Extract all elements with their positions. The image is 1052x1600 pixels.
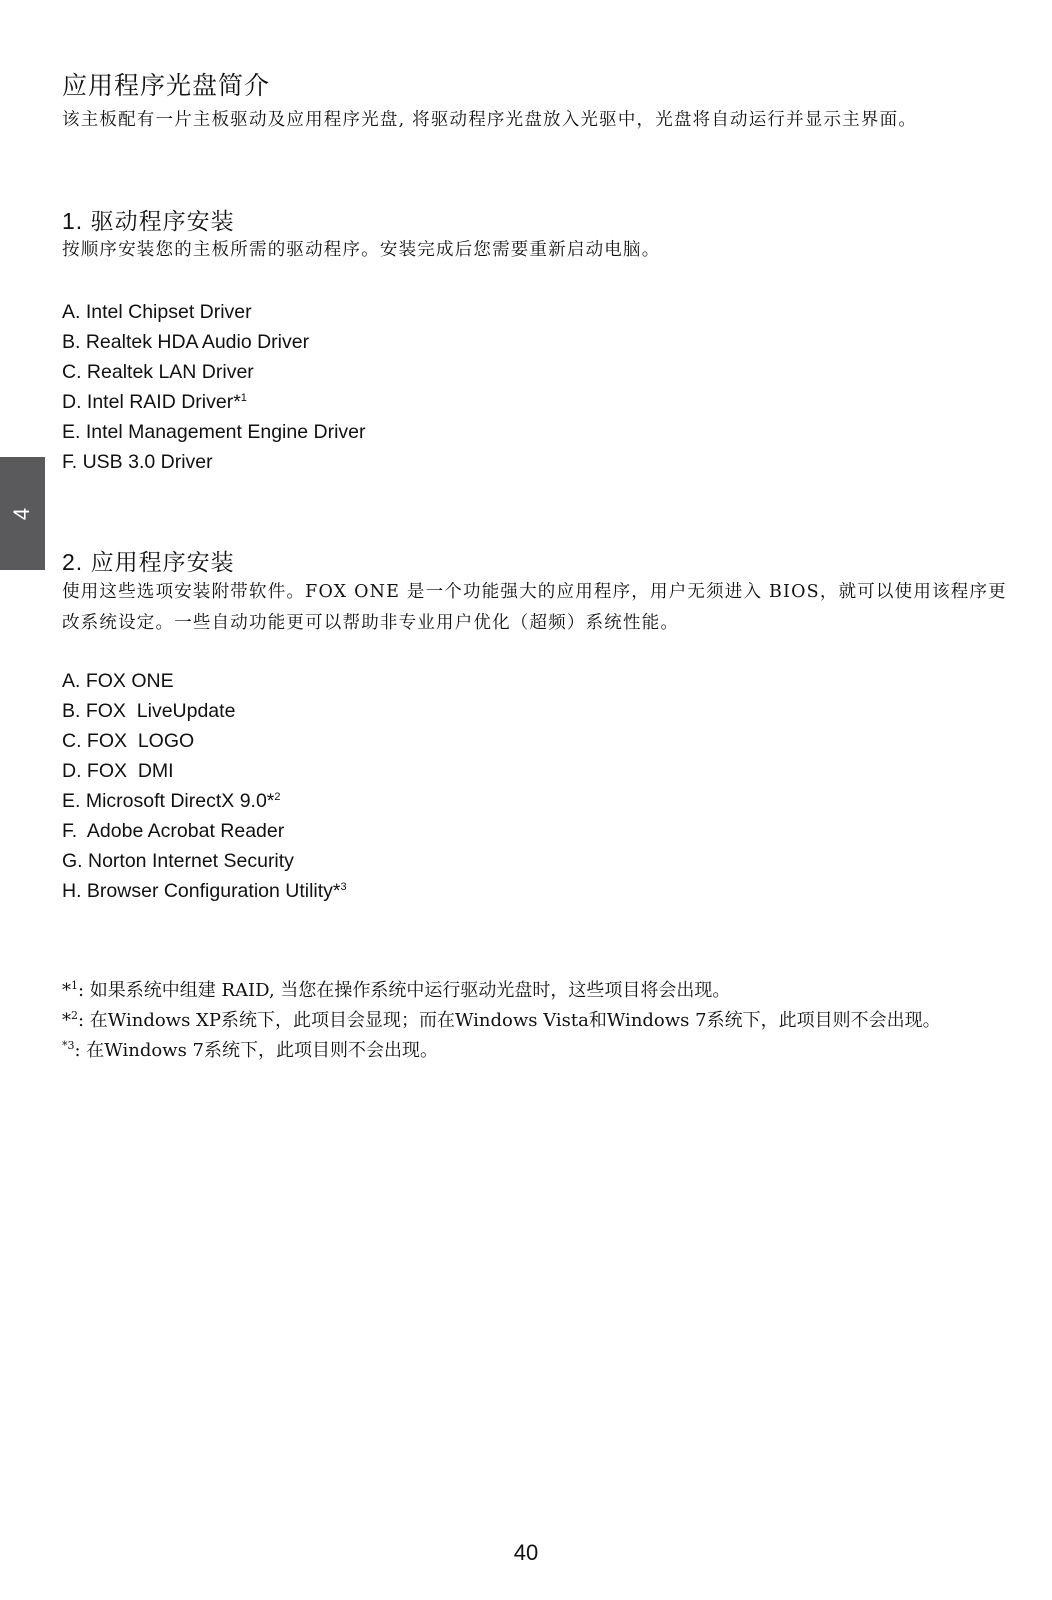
footnote-3: *3: 在Windows 7系统下，此项目则不会出现。 xyxy=(62,1036,1007,1066)
footnote-ref: 2 xyxy=(274,791,280,803)
footnote-1: *1: 如果系统中组建 RAID, 当您在操作系统中运行驱动光盘时，这些项目将会… xyxy=(62,976,1007,1006)
footnote-ref: 3 xyxy=(341,881,347,893)
section1-heading: 1. 驱动程序安装 xyxy=(62,203,235,236)
section1-number: 1. xyxy=(62,208,83,234)
list-item: B. FOX LiveUpdate xyxy=(62,696,347,726)
list-item: D. FOX DMI xyxy=(62,756,347,786)
application-list: A. FOX ONE B. FOX LiveUpdate C. FOX LOGO… xyxy=(62,666,347,906)
list-item: G. Norton Internet Security xyxy=(62,846,347,876)
section1-title: 驱动程序安装 xyxy=(91,209,235,235)
list-item: D. Intel RAID Driver*1 xyxy=(62,387,366,417)
list-item: A. FOX ONE xyxy=(62,666,347,696)
section1-description: 按顺序安装您的主板所需的驱动程序。安装完成后您需要重新启动电脑。 xyxy=(62,235,1007,266)
list-item: B. Realtek HDA Audio Driver xyxy=(62,327,366,357)
chapter-tab: 4 xyxy=(0,457,45,570)
section2-title: 应用程序安装 xyxy=(91,550,235,576)
footnote-2: *2: 在Windows XP系统下，此项目会显现；而在Windows Vist… xyxy=(62,1006,1007,1036)
list-item: E. Microsoft DirectX 9.0*2 xyxy=(62,786,347,816)
page-title: 应用程序光盘简介 xyxy=(62,66,270,102)
section2-number: 2. xyxy=(62,549,83,575)
list-item: H. Browser Configuration Utility*3 xyxy=(62,876,347,906)
list-item: E. Intel Management Engine Driver xyxy=(62,417,366,447)
intro-paragraph: 该主板配有一片主板驱动及应用程序光盘, 将驱动程序光盘放入光驱中，光盘将自动运行… xyxy=(62,105,1007,136)
chapter-number: 4 xyxy=(10,507,36,519)
section2-description: 使用这些选项安装附带软件。FOX ONE 是一个功能强大的应用程序，用户无须进入… xyxy=(62,577,1007,639)
driver-list: A. Intel Chipset Driver B. Realtek HDA A… xyxy=(62,297,366,477)
list-item: F. USB 3.0 Driver xyxy=(62,447,366,477)
footnotes: *1: 如果系统中组建 RAID, 当您在操作系统中运行驱动光盘时，这些项目将会… xyxy=(62,976,1007,1066)
list-item: C. FOX LOGO xyxy=(62,726,347,756)
list-item: C. Realtek LAN Driver xyxy=(62,357,366,387)
list-item: F. Adobe Acrobat Reader xyxy=(62,816,347,846)
footnote-ref: 1 xyxy=(241,392,247,404)
section2-heading: 2. 应用程序安装 xyxy=(62,544,235,577)
page-number: 40 xyxy=(0,1540,1052,1566)
list-item: A. Intel Chipset Driver xyxy=(62,297,366,327)
